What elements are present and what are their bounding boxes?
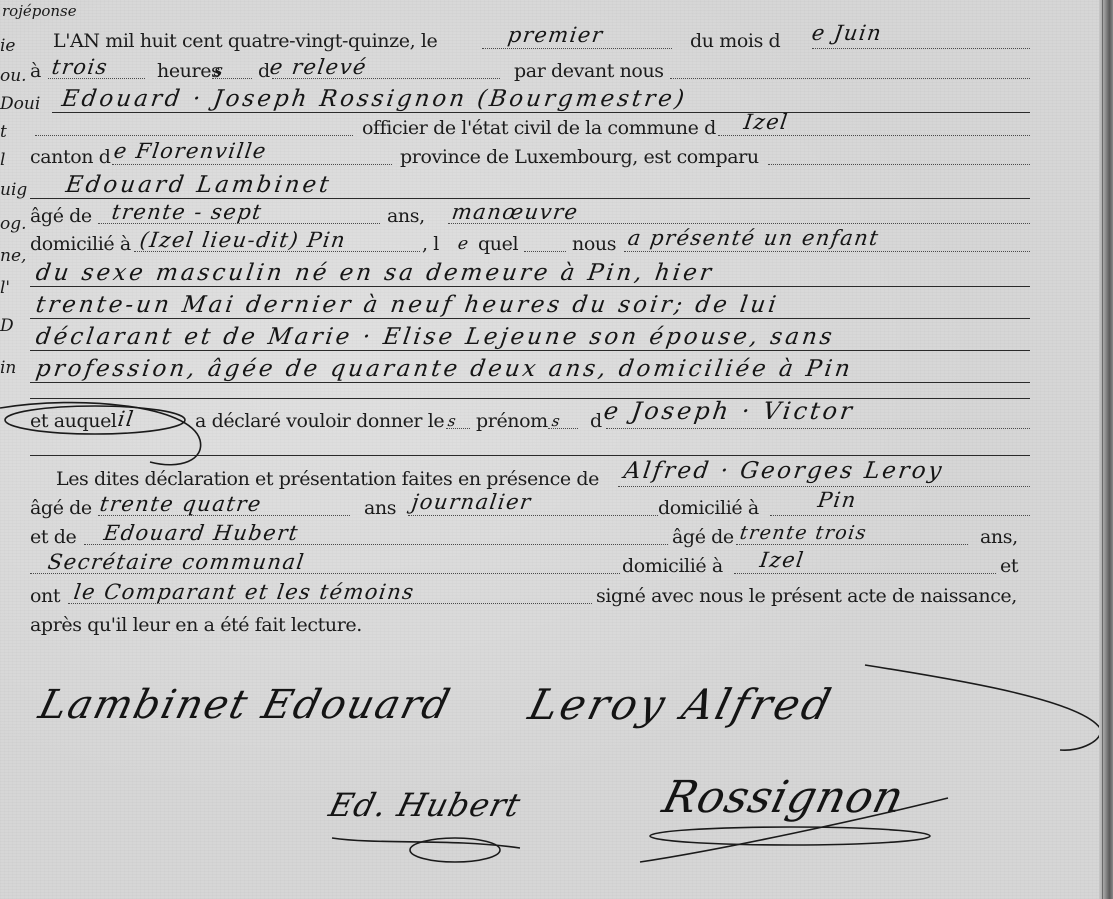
- printed-signe: signé avec nous le présent acte de naiss…: [596, 585, 1017, 607]
- printed-l: , l: [422, 233, 439, 255]
- printed-et-de: et de: [30, 526, 76, 548]
- printed-canton: canton d: [30, 146, 111, 168]
- hand-hour: trois: [50, 56, 109, 78]
- printed-et: et: [1000, 555, 1018, 577]
- printed-year: L'AN mil huit cent quatre-vingt-quinze, …: [53, 30, 437, 52]
- hand-officer-name: Edouard · Joseph Rossignon (Bourgmestre): [60, 88, 688, 110]
- line-firstnames: et auquel il a déclaré vouloir donner le…: [0, 410, 1030, 440]
- fill-line: [112, 164, 392, 165]
- printed-heures: heures: [157, 60, 220, 82]
- printed-domicile: domicilié à: [30, 233, 131, 255]
- printed-officer: officier de l'état civil de la commune d: [362, 117, 716, 139]
- divider: [30, 398, 1030, 399]
- signature-officer: Rossignon: [658, 772, 910, 823]
- line-officer-name: Edouard · Joseph Rossignon (Bourgmestre): [0, 90, 1030, 120]
- fill-line: [212, 78, 252, 79]
- printed-ans: ans,: [980, 526, 1018, 548]
- printed-devant: par devant nous: [514, 60, 664, 82]
- hand-occupation: manœuvre: [450, 201, 580, 223]
- fill-line: [30, 286, 1030, 287]
- hand-day: premier: [506, 24, 605, 46]
- hand-commune: Izel: [742, 111, 790, 133]
- printed-age: âgé de: [30, 205, 92, 227]
- fill-line: [812, 48, 1030, 49]
- fill-line: [408, 515, 658, 516]
- fill-line: [736, 544, 968, 545]
- hand-il: il: [116, 408, 136, 430]
- hand-w1-age: trente quatre: [98, 493, 263, 515]
- printed-intro: Les dites déclaration et présentation fa…: [56, 468, 599, 490]
- hand-signers: le Comparant et les témoins: [72, 581, 416, 603]
- hand-declarant: Edouard Lambinet: [64, 174, 333, 196]
- free-line: profession, âgée de quarante deux ans, d…: [0, 356, 1030, 386]
- printed-quel: quel: [478, 233, 518, 255]
- fill-line: [30, 198, 1030, 199]
- hand-w1-occupation: journalier: [410, 491, 533, 513]
- printed-age: âgé de: [30, 497, 92, 519]
- fill-line: [734, 573, 996, 574]
- fill-line: [606, 428, 1030, 429]
- printed-domicile: domicilié à: [622, 555, 723, 577]
- hand-w2-domicile: Izel: [758, 549, 806, 571]
- hand-time: e relevé: [268, 56, 368, 78]
- fill-line: [446, 428, 470, 429]
- divider: [30, 455, 1030, 456]
- birth-record-page: rojéponse ie ou. Doui t l uig og. ne, l'…: [0, 0, 1113, 899]
- signature-declarant: Lambinet Edouard: [34, 682, 456, 728]
- fill-line: [548, 428, 578, 429]
- hand-w1-domicile: Pin: [816, 489, 858, 511]
- hand-w2-name: Edouard Hubert: [102, 522, 300, 544]
- free-line: déclarant et de Marie · Elise Lejeune so…: [0, 324, 1030, 354]
- hand-canton: e Florenville: [112, 140, 268, 162]
- hand-firstnames: e Joseph · Victor: [602, 400, 856, 422]
- fill-line: [624, 251, 1030, 252]
- line-date: L'AN mil huit cent quatre-vingt-quinze, …: [0, 30, 1030, 60]
- hand-age: trente - sept: [110, 201, 263, 223]
- printed-age: âgé de: [672, 526, 734, 548]
- margin-note: rojéponse: [2, 2, 77, 20]
- hand-w2-age: trente trois: [738, 522, 868, 544]
- free-line: trente-un Mai dernier à neuf heures du s…: [0, 292, 1030, 322]
- fill-line: [770, 515, 1030, 516]
- printed-a: à: [30, 60, 41, 82]
- printed-lecture: après qu'il leur en a été fait lecture.: [30, 614, 362, 636]
- hand-month: e Juin: [810, 22, 883, 44]
- hand-domicile: (Izel lieu-dit) Pin: [138, 229, 347, 251]
- printed-ans: ans: [364, 497, 396, 519]
- free-line-text: déclarant et de Marie · Elise Lejeune so…: [34, 326, 836, 348]
- fill-line: [30, 350, 1030, 351]
- hand-w1-name: Alfred · Georges Leroy: [622, 460, 945, 482]
- fill-line: [30, 382, 1030, 383]
- signature-witness1: Leroy Alfred: [524, 680, 839, 729]
- fill-line: [524, 251, 566, 252]
- printed-ans: ans,: [387, 205, 425, 227]
- free-line-text: profession, âgée de quarante deux ans, d…: [34, 358, 854, 380]
- printed-auquel: et auquel: [30, 410, 117, 432]
- hand-le: e: [456, 233, 471, 255]
- fill-line: [30, 318, 1030, 319]
- fill-line: [670, 78, 1030, 79]
- book-binding-edge: [1099, 0, 1113, 899]
- free-line-text: du sexe masculin né en sa demeure à Pin,…: [34, 262, 715, 284]
- line-closing: ont le Comparant et les témoins signé av…: [0, 585, 1030, 615]
- printed-donner: a déclaré vouloir donner le: [195, 410, 444, 432]
- free-line: du sexe masculin né en sa demeure à Pin,…: [0, 260, 1030, 290]
- fill-line: [482, 48, 672, 49]
- printed-prenom: prénom: [476, 410, 548, 432]
- fill-line: [618, 486, 1030, 487]
- signature-witness2: Ed. Hubert: [325, 786, 525, 824]
- printed-ont: ont: [30, 585, 60, 607]
- fill-line: [52, 112, 1030, 113]
- line-domicile: domicilié à (Izel lieu-dit) Pin , l e qu…: [0, 233, 1030, 263]
- fill-line: [718, 135, 1030, 136]
- fill-line: [768, 164, 1030, 165]
- printed-month-label: du mois d: [690, 30, 780, 52]
- hand-presented: a présenté un enfant: [626, 227, 880, 249]
- printed-de: d: [590, 410, 602, 432]
- fill-line: [35, 135, 353, 136]
- hand-w2-occupation: Secrétaire communal: [46, 551, 306, 573]
- printed-nous: nous: [572, 233, 616, 255]
- printed-domicile: domicilié à: [658, 497, 759, 519]
- free-line-text: trente-un Mai dernier à neuf heures du s…: [34, 294, 780, 316]
- line-lecture: après qu'il leur en a été fait lecture.: [0, 614, 1030, 644]
- printed-province: province de Luxembourg, est comparu: [400, 146, 759, 168]
